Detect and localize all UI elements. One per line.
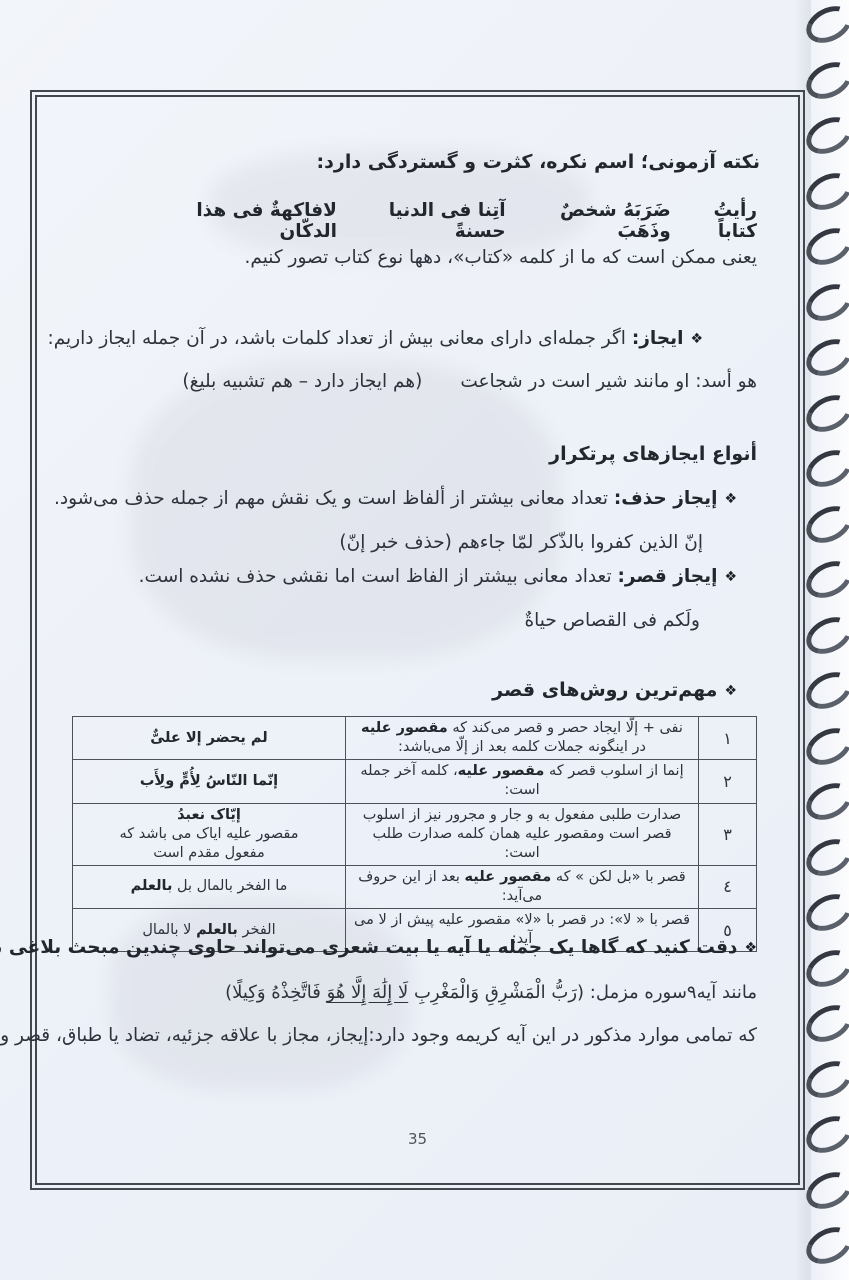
example-line: لم یحضر إلا علیٌّ [80,729,338,748]
ijaz-qasr-example: ولَکم فی القصاص حیاةٌ [524,609,700,634]
ijaz-qasr-term: إیجاز قصر: [618,566,718,587]
cell-text: ما الفخر بالمال بل [172,878,287,894]
diamond-bullet-icon: ❖ [724,683,737,699]
ijaz-hazf-term: إیجاز حذف: [614,488,718,509]
method-description-cell: قصر با «بل لکن » که مقصور علیه بعد از ای… [346,865,699,908]
diamond-bullet-icon: ❖ [724,569,737,585]
cell-text: مقصور علیه ایاک می باشد که [119,826,298,842]
cell-text: قصر با «بل لکن » که [551,869,686,885]
example-line: مقصور علیه ایاک می باشد که [80,825,338,844]
ijaz-definition-line: ❖ایجاز: اگر جمله‌ای دارای معانی بیش از ت… [47,327,703,352]
cell-text: مقصور علیه [458,763,545,779]
verse-tail: فَاتَّخِذْهُ وَکِیلًا) [225,982,327,1003]
ijaz-qasr-definition: تعداد معانی بیشتر از الفاظ است اما نقشی … [139,566,618,587]
table-row: ٤قصر با «بل لکن » که مقصور علیه بعد از ا… [73,865,757,908]
diamond-bullet-icon: ❖ [724,491,737,507]
attention-lead-line: ❖دقت کنید که گاها یک جمله یا آیه یا بیت … [0,936,757,961]
ijaz-example-note: (هم ایجاز دارد – هم تشبیه بلیغ) [182,370,422,395]
scanned-textbook-page: نکته آزمونی؛ اسم نکره، کثرت و گستردگی دا… [0,0,849,1280]
qasr-methods-table: ۱نفی + إلّا ایجاد حصر و قصر می‌کند که مق… [72,716,757,952]
page-number: 35 [30,1130,805,1148]
ijaz-example-line: هو أسد: او مانند شیر است در شجاعت(هم ایج… [182,370,757,395]
table-row: ۱نفی + إلّا ایجاد حصر و قصر می‌کند که مق… [73,717,757,760]
arabic-example: آتِنا فی الدنیا حسنةً [337,200,506,242]
method-example-cell: إیّاک نعبدُمقصور علیه ایاک می باشد کهمفع… [73,803,346,865]
cell-text: صدارت طلبی مفعول به و جار و مجرور نیز از… [363,807,682,861]
method-description-cell: صدارت طلبی مفعول به و جار و مجرور نیز از… [346,803,699,865]
cell-text: إیّاک نعبدُ [177,807,241,823]
diamond-bullet-icon: ❖ [744,940,757,956]
cell-text: مقصور علیه [464,869,551,885]
ijaz-hazf-line: ❖إیجاز حذف: تعداد معانی بیشتر از ألفاظ ا… [54,487,737,512]
attention-conclusion: که تمامی موارد مذکور در این آیه کریمه وج… [0,1024,757,1049]
verse-line: مانند آیه۹سوره مزمل: (رَبُّ الْمَشْرِقِ … [225,981,757,1005]
row-number-cell: ۲ [699,760,757,803]
ijaz-example: هو أسد: او مانند شیر است در شجاعت [460,371,757,392]
cell-text: مفعول مقدم است [153,845,264,861]
cell-text: لم یحضر إلا علیٌّ [150,730,267,746]
diamond-bullet-icon: ❖ [690,331,703,347]
example-line: ما الفخر بالمال بل بالعلم [80,877,338,896]
ijaz-hazf-example: إنّ الذین کفروا بالذّکر لمّا جاءهم (حذف … [339,531,703,556]
attention-lead: دقت کنید که گاها یک جمله یا آیه یا بیت ش… [0,937,737,958]
method-description-cell: نفی + إلّا ایجاد حصر و قصر می‌کند که مقص… [346,717,699,760]
cell-text: نفی + إلّا ایجاد حصر و قصر می‌کند که [448,720,683,736]
cell-text: إنّما النّاسُ لِأُمٍّ ولِأَب [140,773,278,789]
method-example-cell: لم یحضر إلا علیٌّ [73,717,346,760]
cell-text: بالعلم [131,878,173,894]
method-description-cell: إنما از اسلوب قصر که مقصور علیه، کلمه آخ… [346,760,699,803]
table-row: ۲إنما از اسلوب قصر که مقصور علیه، کلمه آ… [73,760,757,803]
ijaz-types-heading: أنواع ایجازهای پرتکرار [549,442,757,468]
row-number-cell: ٤ [699,865,757,908]
ijaz-term: ایجاز: [632,328,684,349]
table-row: ۳صدارت طلبی مفعول به و جار و مجرور نیز ا… [73,803,757,865]
verse-underlined: لَا إِلَٰهَ إِلَّا هُوَ [327,982,409,1003]
cell-text: در اینگونه جملات کلمه بعد از إلّا می‌باش… [398,739,646,755]
example-line: مفعول مقدم است [80,844,338,863]
ijaz-hazf-definition: تعداد معانی بیشتر از ألفاظ است و یک نقش … [54,488,614,509]
row-number-cell: ۳ [699,803,757,865]
arabic-example: رأیتُ کتاباً [671,200,757,242]
arabic-example: ضَرَبَهُ شخصٌ وذَهَبَ [506,200,671,242]
method-example-cell: إنّما النّاسُ لِأُمٍّ ولِأَب [73,760,346,803]
example-line: إیّاک نعبدُ [80,806,338,825]
nakarah-examples-row: رأیتُ کتاباًضَرَبَهُ شخصٌ وذَهَبَآتِنا ف… [139,200,757,242]
note-explanation: یعنی ممکن است که ما از کلمه «کتاب»، دهها… [245,246,758,271]
qasr-heading-text: مهم‌ترین روش‌های قصر [492,679,717,701]
verse-intro: مانند آیه۹سوره مزمل: (رَبُّ الْمَشْرِقِ … [408,982,757,1003]
ijaz-qasr-line: ❖إیجاز قصر: تعداد معانی بیشتر از الفاظ ا… [139,565,737,590]
row-number-cell: ۱ [699,717,757,760]
arabic-example: لافاکهةٌ فی هذا الدکّان [139,200,337,242]
method-example-cell: ما الفخر بالمال بل بالعلم [73,865,346,908]
cell-text: إنما از اسلوب قصر که [544,763,683,779]
qasr-methods-heading: ❖مهم‌ترین روش‌های قصر [492,678,737,704]
ijaz-definition: اگر جمله‌ای دارای معانی بیش از تعداد کلم… [47,328,631,349]
exam-note-title: نکته آزمونی؛ اسم نکره، کثرت و گستردگی دا… [317,150,760,176]
cell-text: مقصور علیه [361,720,448,736]
example-line: إنّما النّاسُ لِأُمٍّ ولِأَب [80,772,338,791]
